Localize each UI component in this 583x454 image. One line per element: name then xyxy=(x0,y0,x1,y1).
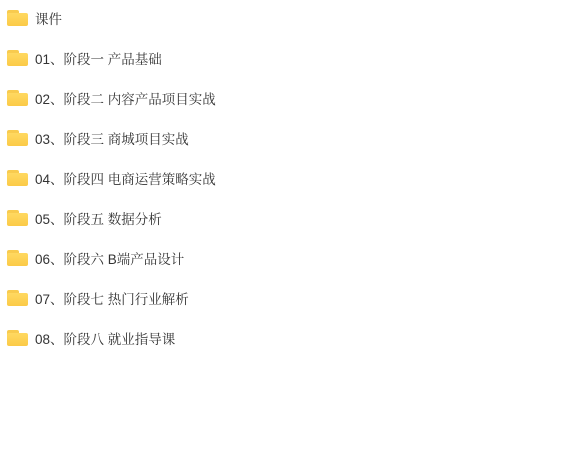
folder-icon xyxy=(7,290,28,306)
folder-icon xyxy=(7,250,28,266)
folder-row-stage-3[interactable]: 03、阶段三 商城项目实战 xyxy=(7,118,583,158)
folder-icon xyxy=(7,10,28,26)
folder-label: 03、阶段三 商城项目实战 xyxy=(35,128,189,148)
folder-icon xyxy=(7,330,28,346)
folder-icon xyxy=(7,170,28,186)
folder-label: 05、阶段五 数据分析 xyxy=(35,208,162,228)
folder-row-stage-5[interactable]: 05、阶段五 数据分析 xyxy=(7,198,583,238)
folder-icon xyxy=(7,130,28,146)
folder-row-stage-4[interactable]: 04、阶段四 电商运营策略实战 xyxy=(7,158,583,198)
folder-row-stage-1[interactable]: 01、阶段一 产品基础 xyxy=(7,38,583,78)
folder-icon xyxy=(7,50,28,66)
folder-row-root[interactable]: 课件 xyxy=(7,0,583,38)
folder-icon xyxy=(7,210,28,226)
folder-label: 02、阶段二 内容产品项目实战 xyxy=(35,88,216,108)
folder-label: 07、阶段七 热门行业解析 xyxy=(35,288,189,308)
folder-label: 01、阶段一 产品基础 xyxy=(35,48,162,68)
folder-list: 课件 01、阶段一 产品基础 02、阶段二 内容产品项目实战 03、阶段三 商城… xyxy=(0,0,583,358)
folder-label: 08、阶段八 就业指导课 xyxy=(35,328,175,348)
folder-row-stage-2[interactable]: 02、阶段二 内容产品项目实战 xyxy=(7,78,583,118)
folder-label: 06、阶段六 B端产品设计 xyxy=(35,248,184,268)
folder-label: 04、阶段四 电商运营策略实战 xyxy=(35,168,216,188)
folder-row-stage-8[interactable]: 08、阶段八 就业指导课 xyxy=(7,318,583,358)
folder-icon xyxy=(7,90,28,106)
folder-row-stage-7[interactable]: 07、阶段七 热门行业解析 xyxy=(7,278,583,318)
folder-label: 课件 xyxy=(35,8,62,28)
folder-row-stage-6[interactable]: 06、阶段六 B端产品设计 xyxy=(7,238,583,278)
